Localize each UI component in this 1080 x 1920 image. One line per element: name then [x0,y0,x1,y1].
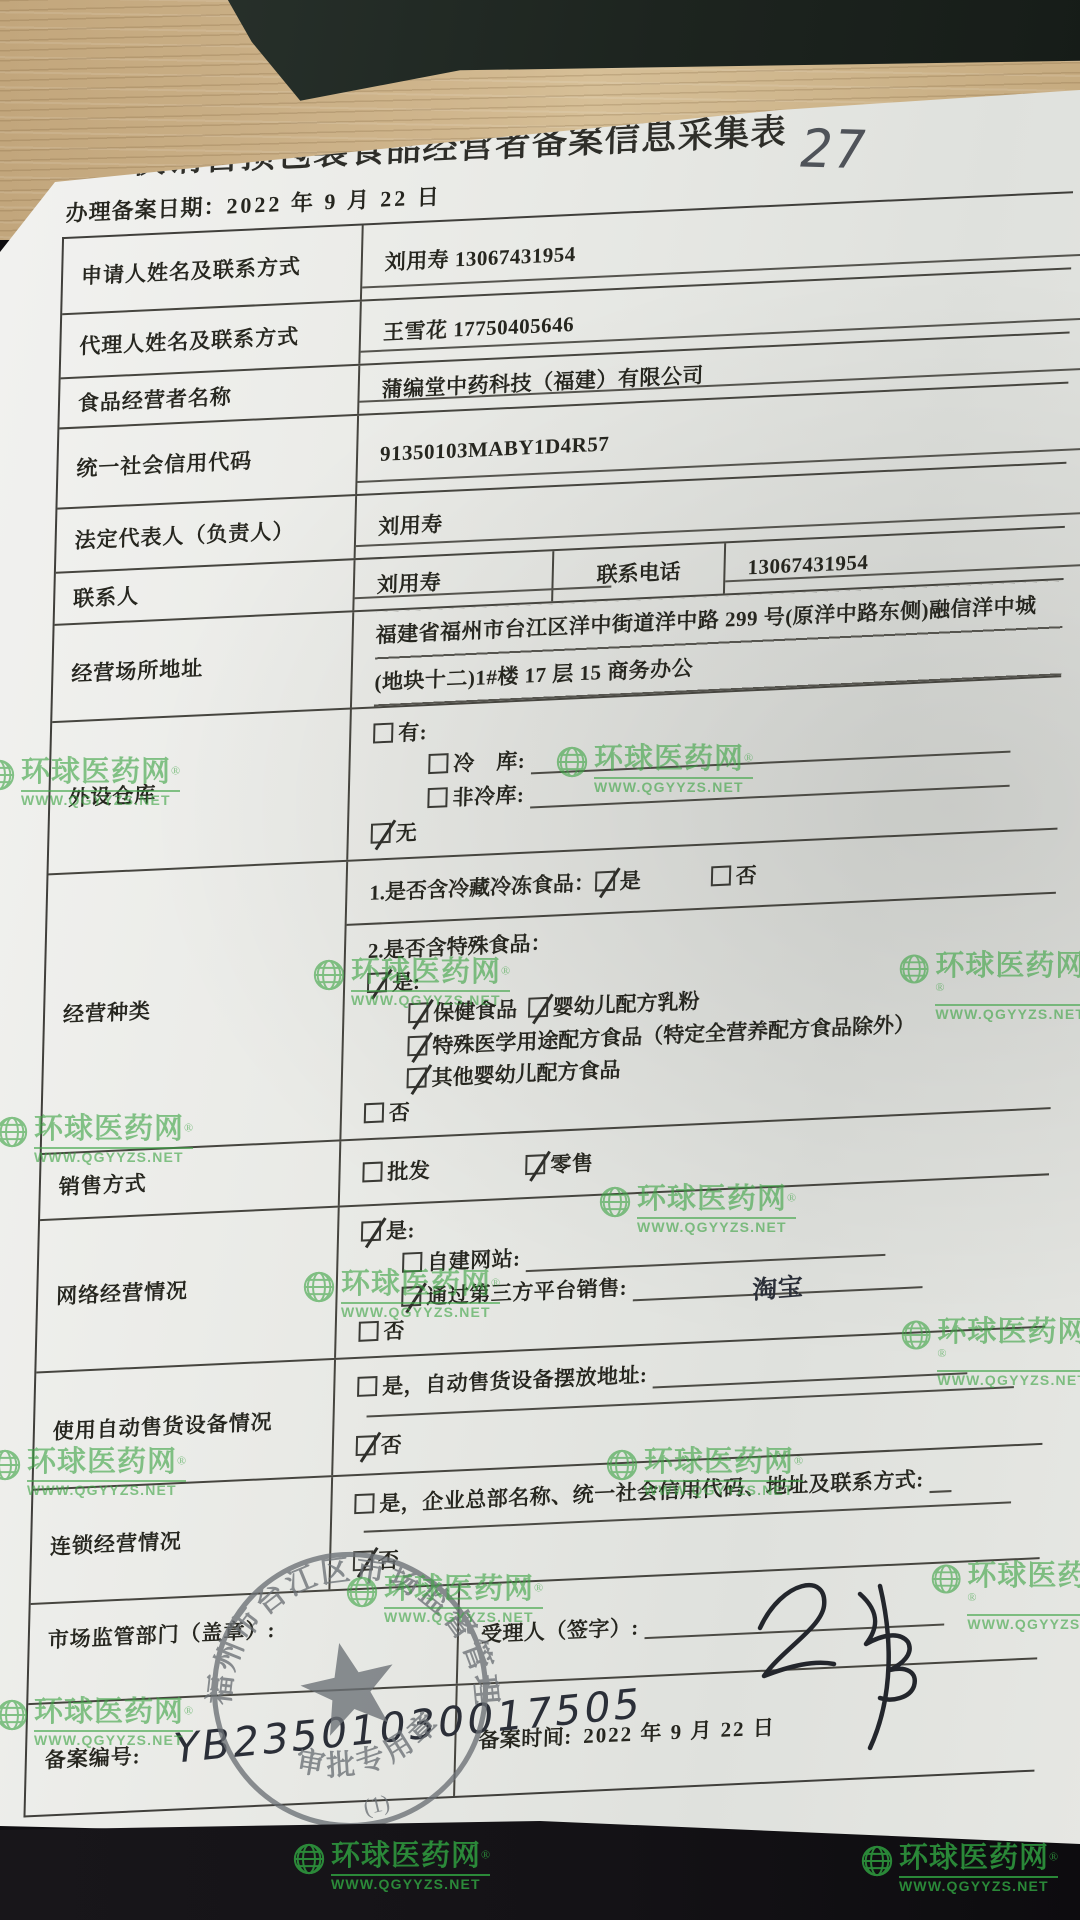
warehouse-has-label: 有: [398,720,428,745]
chain-blank[interactable] [929,1466,952,1493]
checkbox-infant-formula-milk[interactable] [527,997,547,1018]
vending-label: 使用自动售货设备情况 [33,1360,336,1489]
handwritten-page-number: 27 [794,119,872,181]
checkbox-health-food[interactable] [408,1003,428,1024]
checkbox-q2-yes[interactable] [367,972,387,993]
third-party-label: 通过第三方平台销售: [426,1275,627,1308]
credit-code-label: 统一社会信用代码 [57,416,359,508]
checkbox-third-party[interactable] [401,1286,421,1307]
checkbox-vending-no[interactable] [356,1435,376,1456]
applicant-label: 申请人姓名及联系方式 [62,225,364,313]
warehouse-label: 外设仓库 [49,709,352,873]
q2-no-label: 否 [389,1100,411,1125]
categories-q1-text: 1.是否含冷藏冷冻食品： [369,867,595,907]
checkbox-q2-no[interactable] [364,1102,384,1123]
wholesale-label: 批发 [387,1154,431,1186]
stamp-star-icon [293,1632,405,1739]
checkbox-chain-yes[interactable] [354,1493,374,1514]
contact-phone-label: 联系电话 [551,543,726,601]
stamp-number: (1) [361,1790,392,1820]
contact-value: 刘用寿 [354,551,552,610]
checkbox-warehouse-has[interactable] [373,722,393,743]
q1-no-label: 否 [735,859,757,890]
infant-formula-milk-label: 婴幼儿配方乳粉 [552,989,699,1020]
acceptor-signature [742,1566,972,1756]
vending-yes-label: 是，自动售货设备摆放地址: [382,1363,648,1399]
vending-no-label: 否 [381,1433,403,1458]
checkbox-own-site[interactable] [402,1252,422,1273]
checkbox-other-infant-food[interactable] [406,1068,426,1089]
checkbox-q1-yes[interactable] [595,871,615,892]
checkbox-warehouse-cold[interactable] [428,753,448,774]
checkbox-retail[interactable] [525,1154,545,1175]
online-no-label: 否 [383,1319,405,1344]
warehouse-cold-label: 冷 库: [453,749,526,776]
health-food-label: 保健食品 [433,998,518,1026]
retail-label: 零售 [550,1147,594,1179]
photo-scene: 仅销售预包装食品经营者备案信息采集表 27 办理备案日期：2022 年 9 月 … [0,0,1080,1920]
online-yes-label: 是: [386,1218,416,1243]
acceptor-label: 受理人（签字）: [481,1611,640,1648]
sales-mode-label: 销售方式 [40,1141,341,1219]
warehouse-noncold-label: 非冷库: [452,782,525,809]
checkbox-q1-no[interactable] [711,865,731,886]
checkbox-warehouse-none[interactable] [371,823,391,844]
categories-q2: 2.是否含特殊食品： 是: 保健食品 婴幼儿配方乳粉 特殊医学用途配方食品（特定… [341,894,1055,1140]
record-no-label: 备案编号: [44,1740,141,1774]
categories-label: 经营种类 [42,862,348,1153]
other-infant-food-label: 其他婴幼儿配方食品 [431,1058,620,1091]
online-label: 网络经营情况 [36,1208,339,1372]
checkbox-online-yes[interactable] [361,1220,381,1241]
table-row: 经营种类 1.是否含冷藏冷冻食品：是否 2.是否含特殊食品： 是: 保健食品 婴… [42,830,1058,1155]
checkbox-medical-formula[interactable] [407,1035,427,1056]
checkbox-wholesale[interactable] [362,1162,382,1183]
third-party-blank[interactable]: 淘宝 [633,1262,923,1301]
agent-label: 代理人姓名及联系方式 [61,302,362,378]
warehouse-none-label: 无 [395,821,417,846]
address-label: 经营场所地址 [52,612,354,721]
checkbox-warehouse-noncold[interactable] [427,787,447,808]
filing-date-value: 2022 年 9 月 22 日 [226,184,442,219]
q2-yes-label: 是: [392,969,421,994]
own-site-label: 自建网站: [427,1247,521,1275]
q1-yes-label: 是 [620,864,642,895]
legal-rep-label: 法定代表人（负责人） [56,496,357,572]
checkbox-vending-yes[interactable] [357,1376,377,1397]
filing-date-line: 办理备案日期：2022 年 9 月 22 日 [65,180,442,228]
vending-address-blank[interactable] [653,1348,968,1388]
checkbox-online-no[interactable] [358,1321,378,1342]
filing-date-label: 办理备案日期： [65,194,226,226]
